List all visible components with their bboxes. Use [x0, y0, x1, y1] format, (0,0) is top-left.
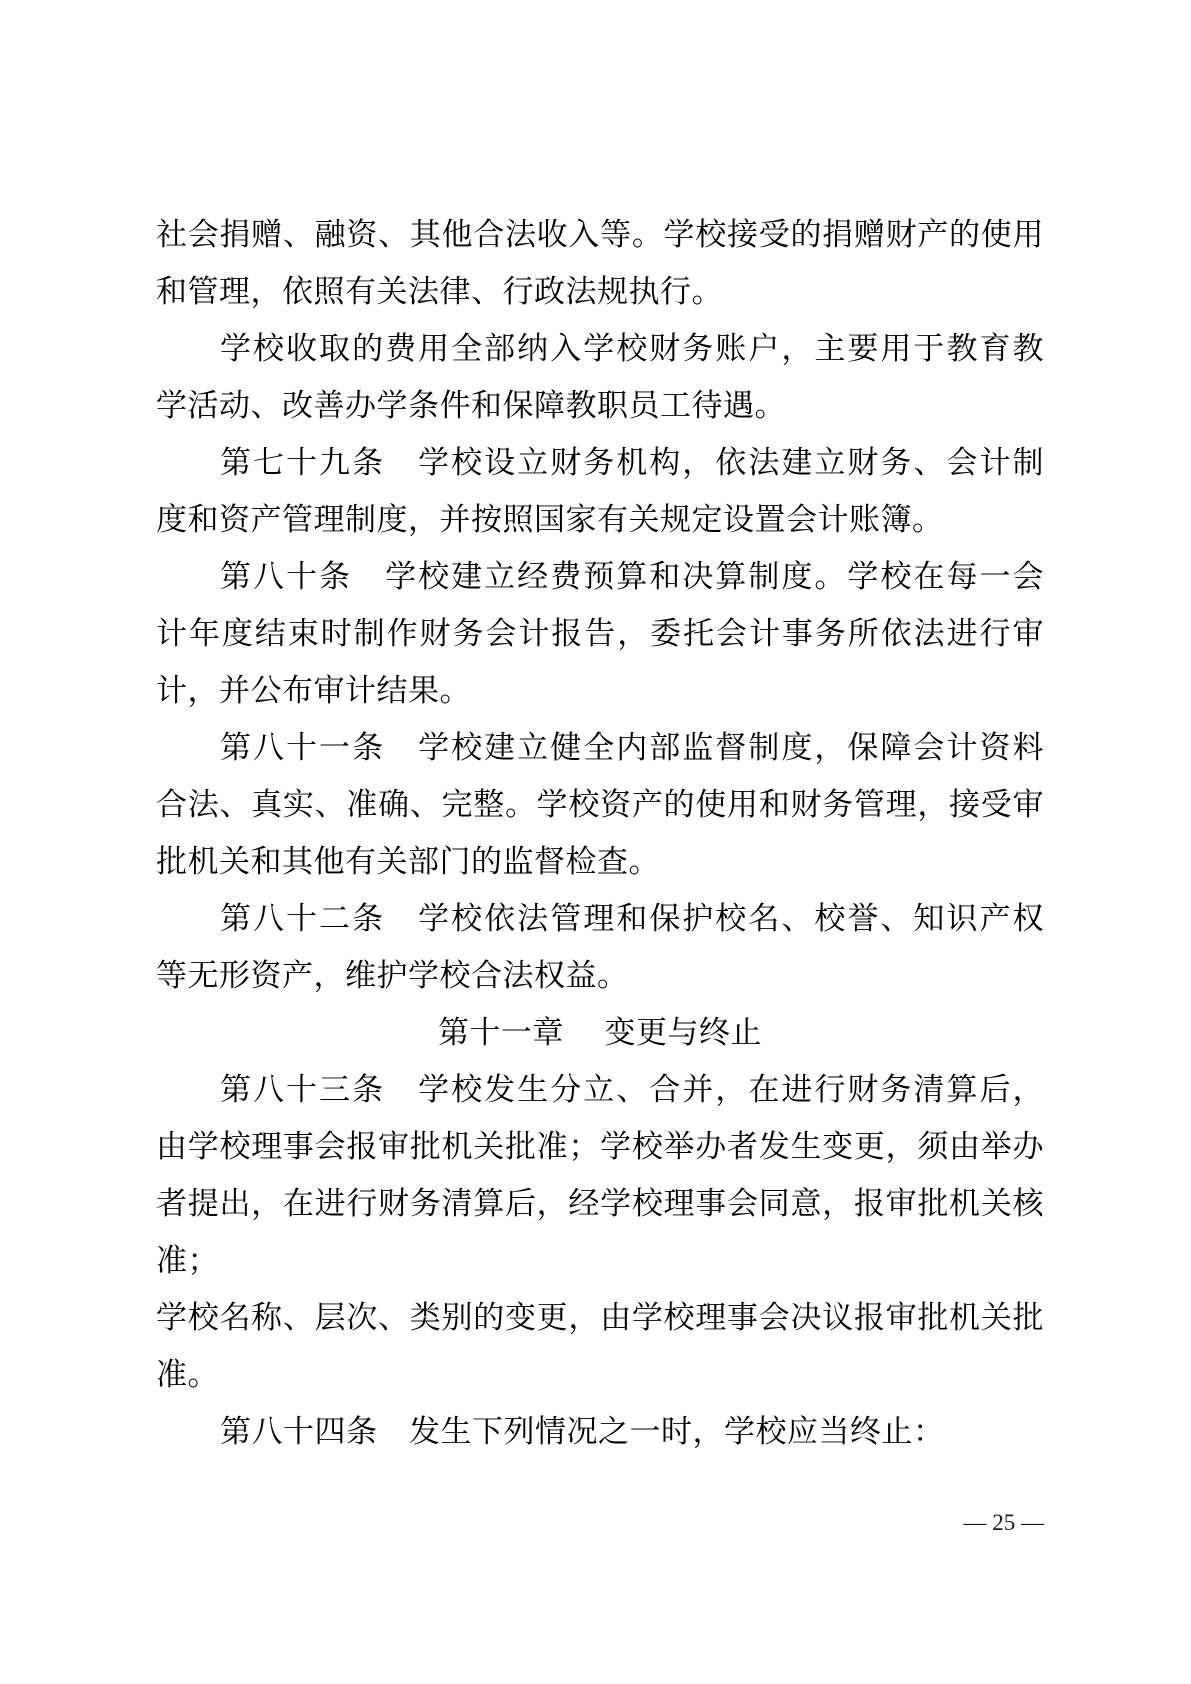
- text-line: 批机关和其他有关部门的监督检查。: [156, 833, 1044, 890]
- text-line: 计年度结束时制作财务会计报告，委托会计事务所依法进行审: [156, 605, 1044, 662]
- text-line: 准。: [156, 1346, 1044, 1403]
- text-line: 准；: [156, 1232, 1044, 1289]
- text-line: 社会捐赠、融资、其他合法收入等。学校接受的捐赠财产的使用: [156, 206, 1044, 263]
- chapter-heading: 第十一章 变更与终止: [156, 1004, 1044, 1061]
- article-opening-line: 第八十条 学校建立经费预算和决算制度。学校在每一会: [156, 548, 1044, 605]
- article-opening-line: 第八十三条 学校发生分立、合并，在进行财务清算后，: [156, 1061, 1044, 1118]
- text-line: 学校名称、层次、类别的变更，由学校理事会决议报审批机关批: [156, 1289, 1044, 1346]
- text-line: 者提出，在进行财务清算后，经学校理事会同意，报审批机关核: [156, 1175, 1044, 1232]
- page-number: — 25 —: [156, 1510, 1044, 1536]
- document-page: { "doc": { "lines": [ "社会捐赠、融资、其他合法收入等。学…: [0, 0, 1191, 1684]
- text-line: 合法、真实、准确、完整。学校资产的使用和财务管理，接受审: [156, 776, 1044, 833]
- text-line: 由学校理事会报审批机关批准；学校举办者发生变更，须由举办: [156, 1118, 1044, 1175]
- text-line: 和管理，依照有关法律、行政法规执行。: [156, 263, 1044, 320]
- article-opening-line: 第八十四条 发生下列情况之一时，学校应当终止：: [156, 1403, 1044, 1460]
- article-opening-line: 第八十二条 学校依法管理和保护校名、校誉、知识产权: [156, 890, 1044, 947]
- article-opening-line: 第七十九条 学校设立财务机构，依法建立财务、会计制: [156, 434, 1044, 491]
- text-line: 等无形资产，维护学校合法权益。: [156, 947, 1044, 1004]
- text-line: 学校收取的费用全部纳入学校财务账户，主要用于教育教: [156, 320, 1044, 377]
- text-line: 度和资产管理制度，并按照国家有关规定设置会计账簿。: [156, 491, 1044, 548]
- text-line: 学活动、改善办学条件和保障教职员工待遇。: [156, 377, 1044, 434]
- document-body: 社会捐赠、融资、其他合法收入等。学校接受的捐赠财产的使用 和管理，依照有关法律、…: [156, 206, 1044, 1460]
- text-line: 计，并公布审计结果。: [156, 662, 1044, 719]
- article-opening-line: 第八十一条 学校建立健全内部监督制度，保障会计资料: [156, 719, 1044, 776]
